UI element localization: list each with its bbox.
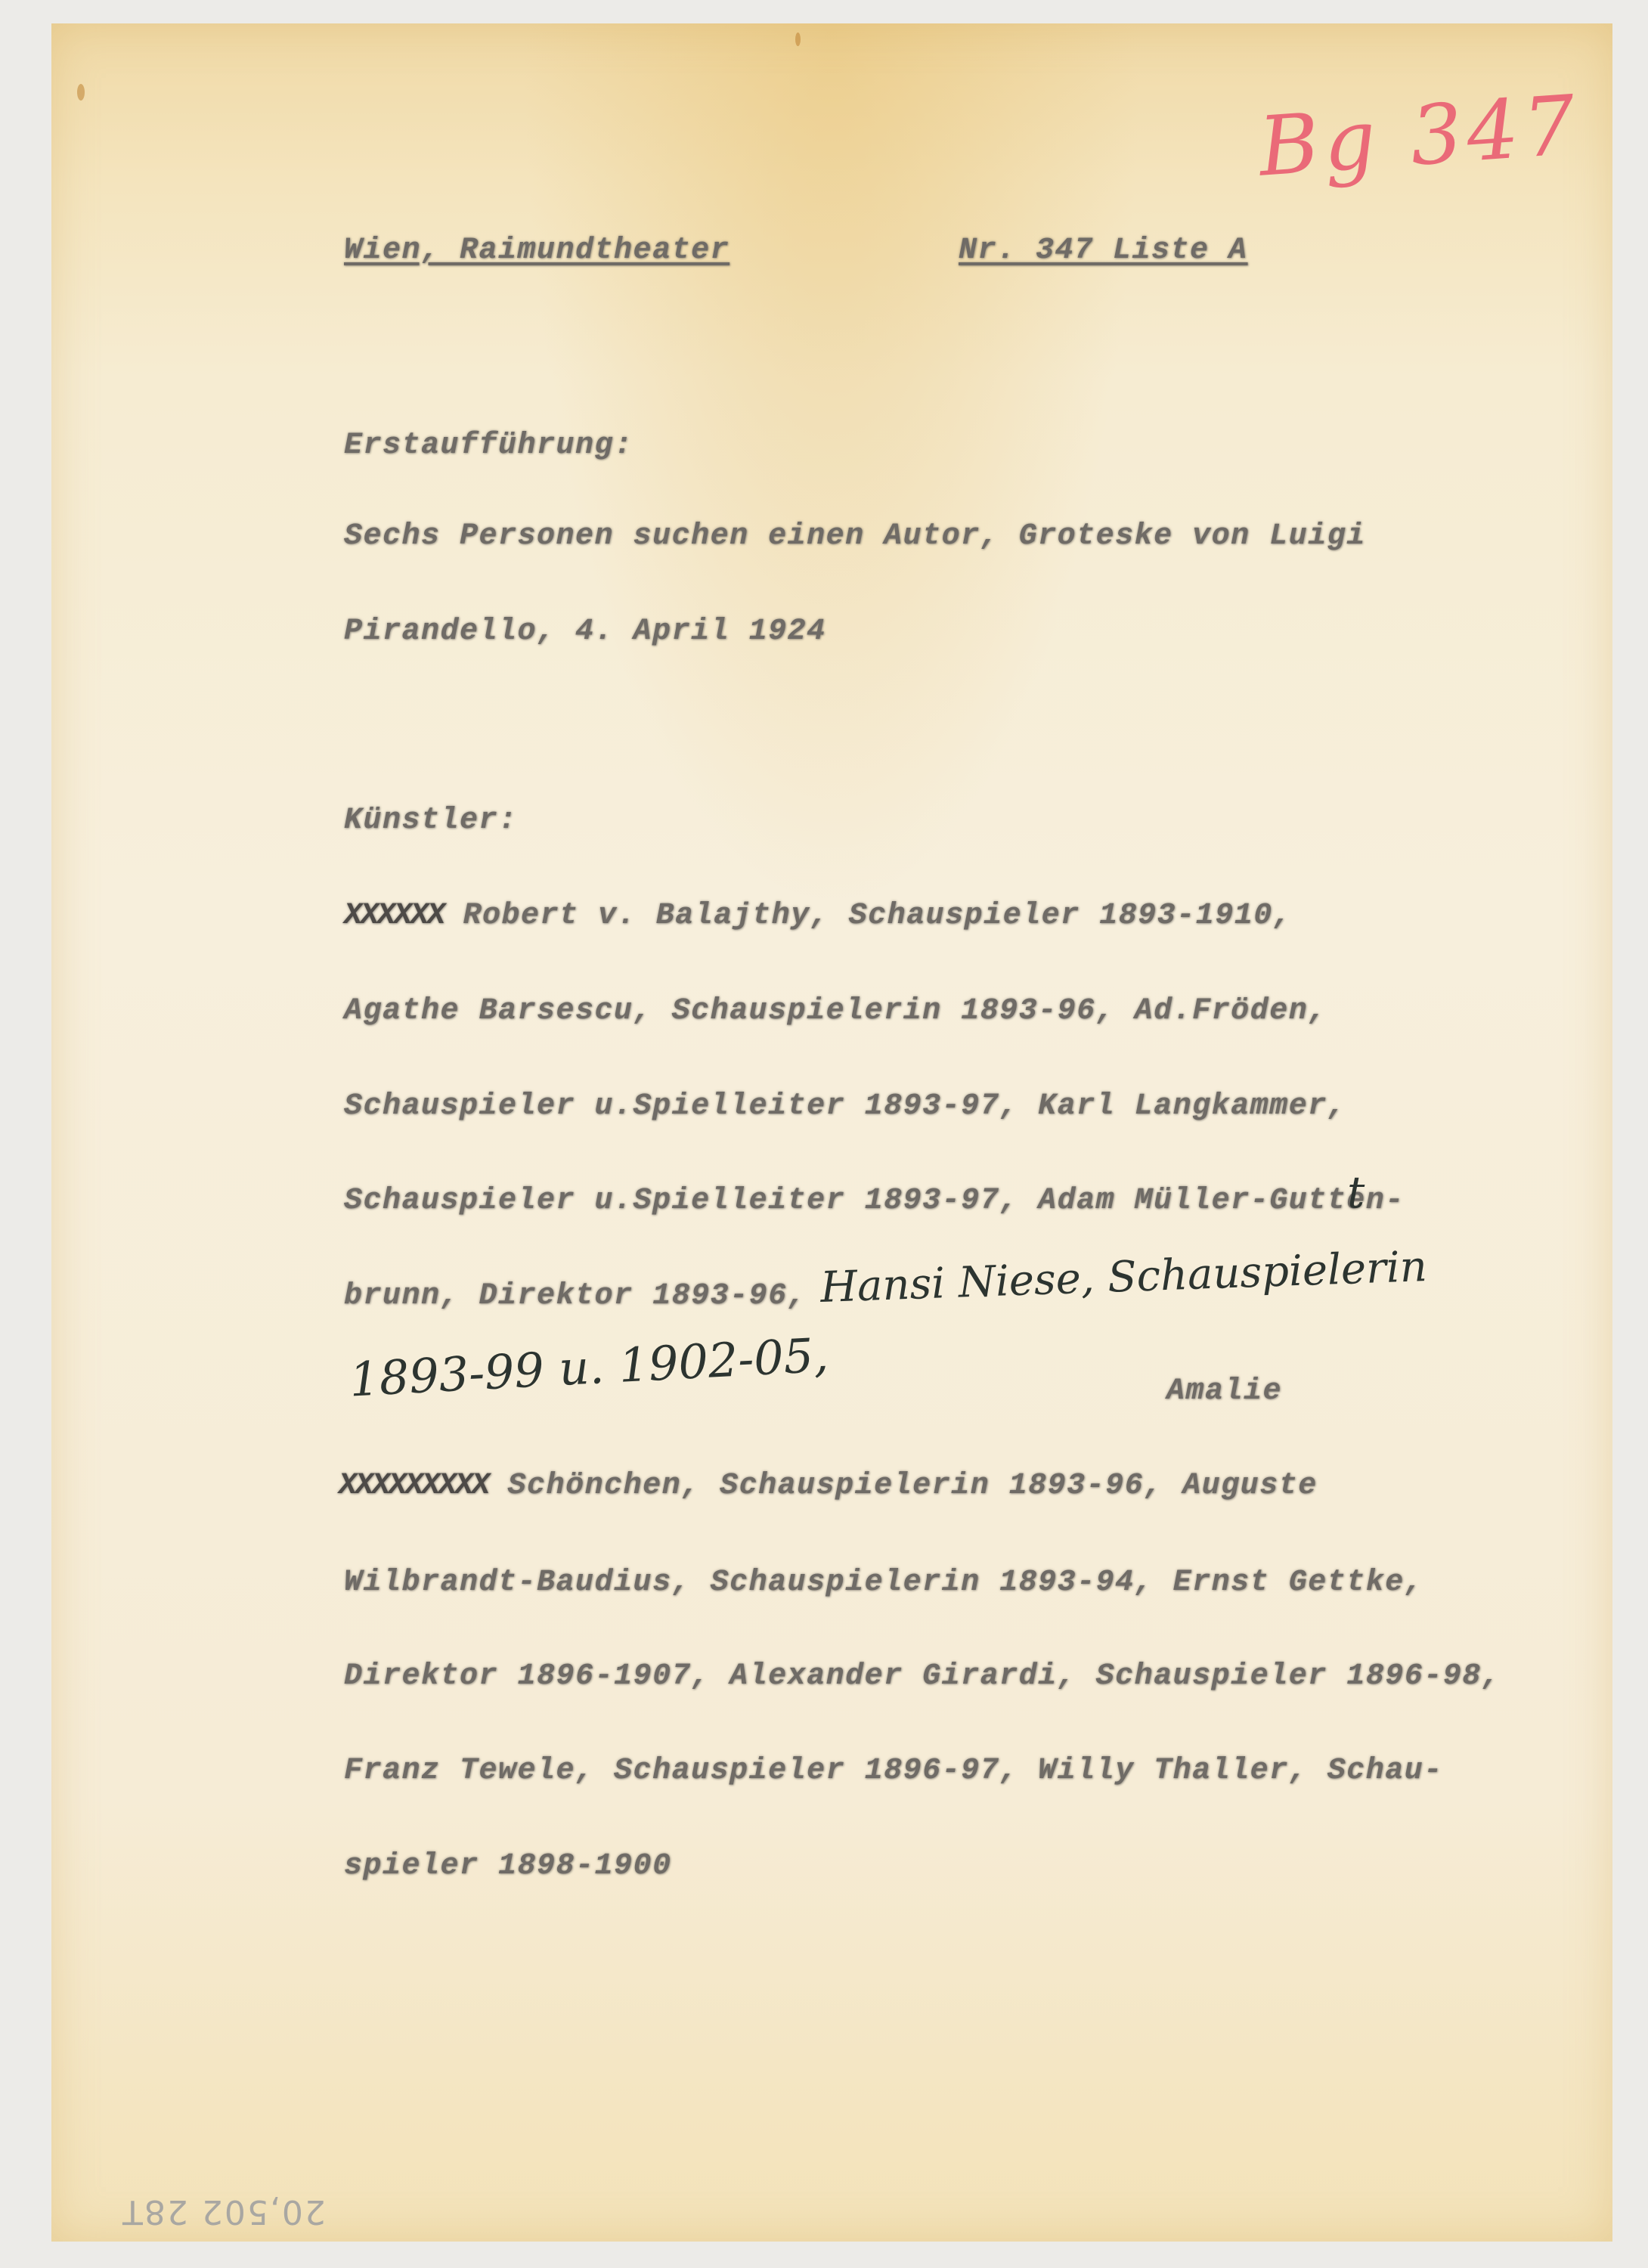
artist-line: XXXXXX Robert v. Balajthy, Schauspieler … bbox=[344, 901, 1292, 931]
handwritten-correction-t: t bbox=[1347, 1170, 1365, 1214]
artist-line: XXXXXXXXX Schönchen, Schauspielerin 1893… bbox=[339, 1471, 1318, 1501]
artist-line: Wilbrandt-Baudius, Schauspielerin 1893-9… bbox=[344, 1568, 1423, 1598]
artist-line: Amalie bbox=[1166, 1377, 1282, 1407]
overtyped-deletion: XXXXXX bbox=[344, 899, 444, 933]
artist-line: Franz Tewele, Schauspieler 1896-97, Will… bbox=[344, 1756, 1443, 1786]
artist-line: spieler 1898-1900 bbox=[344, 1851, 672, 1882]
artist-line: Agathe Barsescu, Schauspielerin 1893-96,… bbox=[344, 996, 1327, 1027]
pencil-inventory-note: 20,502 28T bbox=[121, 2192, 326, 2231]
artist-line: brunn, Direktor 1893-96, bbox=[344, 1281, 807, 1312]
premiere-line-2: Pirandello, 4. April 1924 bbox=[344, 617, 826, 647]
paper-stain bbox=[77, 84, 85, 101]
section-label-premiere: Erstaufführung: bbox=[344, 431, 633, 461]
premiere-line-1: Sechs Personen suchen einen Autor, Grote… bbox=[344, 522, 1366, 552]
artist-line: Direktor 1896-1907, Alexander Girardi, S… bbox=[344, 1662, 1501, 1692]
section-label-artists: Künstler: bbox=[344, 806, 518, 836]
document-page bbox=[51, 23, 1612, 2242]
header-list-number: Nr. 347 Liste A bbox=[959, 236, 1248, 266]
header-location: Wien, Raimundtheater bbox=[344, 236, 730, 266]
artist-line: Schauspieler u.Spielleiter 1893-97, Adam… bbox=[344, 1186, 1405, 1216]
overtyped-deletion: XXXXXXXXX bbox=[339, 1469, 488, 1503]
paper-stain bbox=[795, 33, 801, 46]
artist-line: Schauspieler u.Spielleiter 1893-97, Karl… bbox=[344, 1092, 1346, 1122]
